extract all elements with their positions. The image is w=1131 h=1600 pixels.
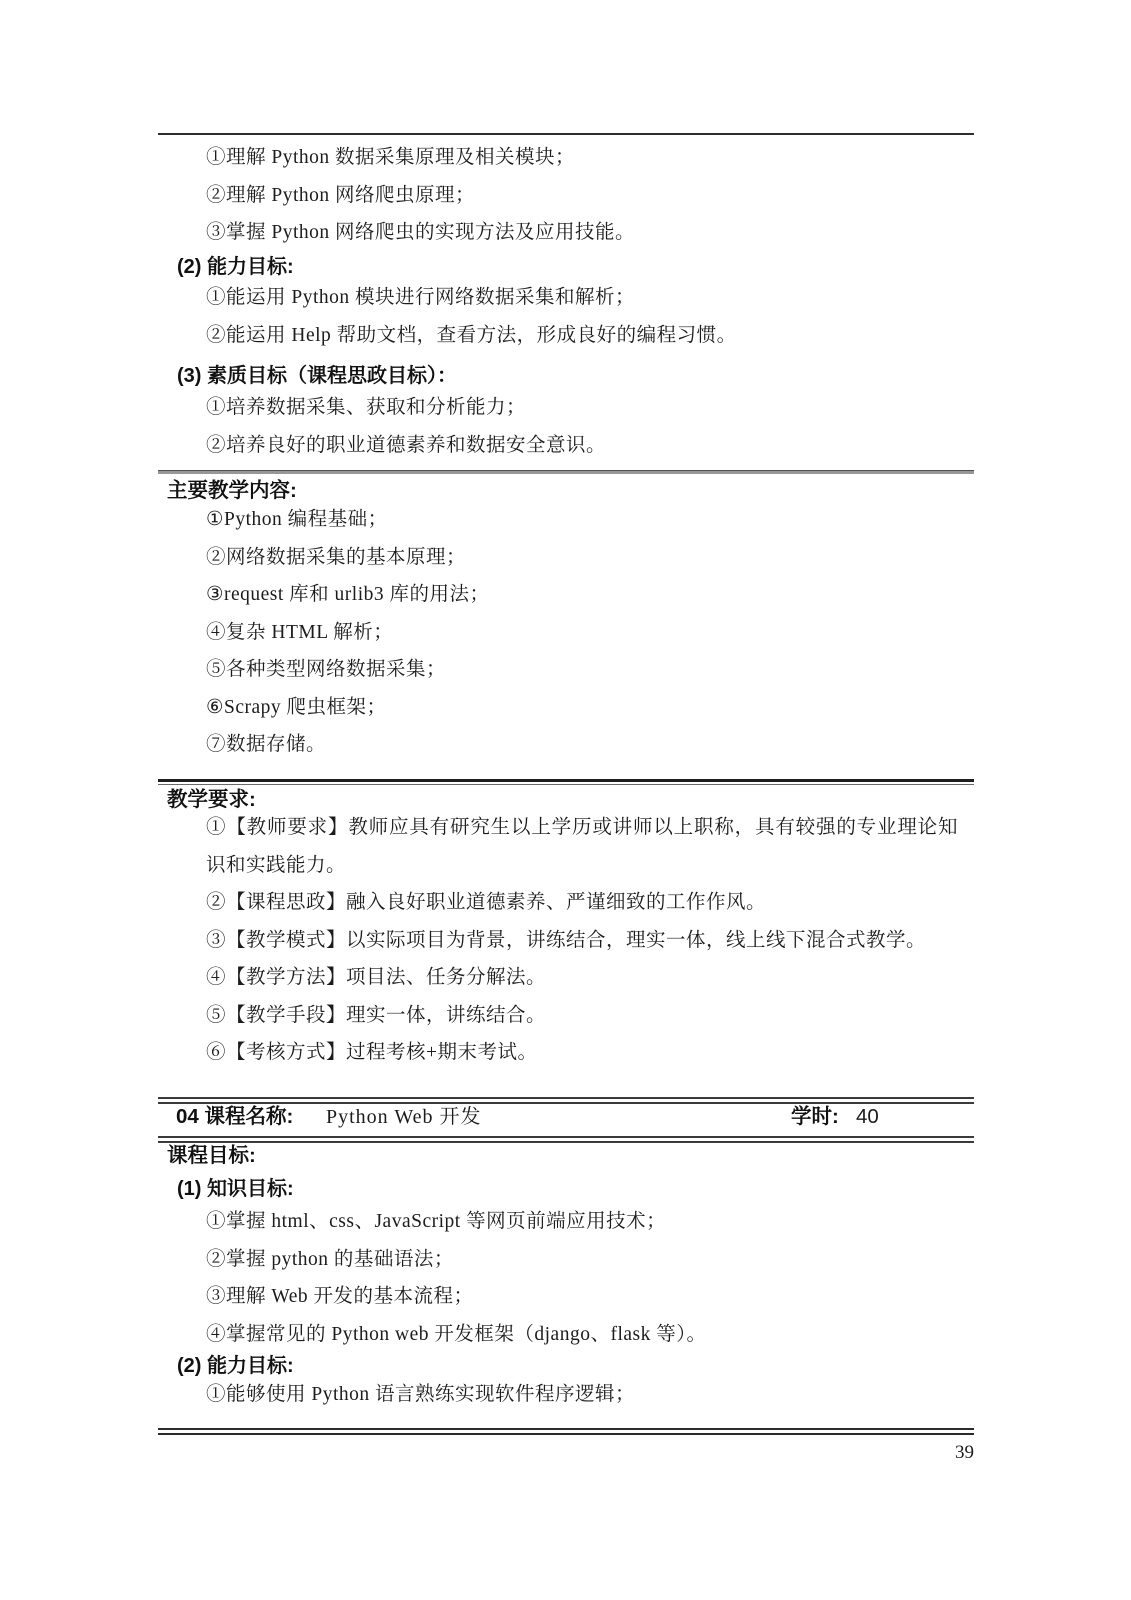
course-hours-value: 40 (856, 1100, 879, 1134)
list-item: ⑥Scrapy 爬虫框架； (206, 689, 958, 727)
document-page: ①理解 Python 数据采集原理及相关模块； ②理解 Python 网络爬虫原… (0, 0, 1131, 1600)
page-bottom-divider (158, 1428, 974, 1435)
quality-items: ①培养数据采集、获取和分析能力； ②培养良好的职业道德素养和数据安全意识。 (158, 389, 958, 464)
course-name: Python Web 开发 (326, 1100, 481, 1134)
list-item: ②能运用 Help 帮助文档，查看方法，形成良好的编程习惯。 (206, 317, 958, 355)
list-item: ③理解 Web 开发的基本流程； (206, 1278, 958, 1316)
course-hours-label: 学时: (791, 1100, 839, 1134)
section-divider (158, 470, 974, 474)
list-item: ②掌握 python 的基础语法； (206, 1241, 958, 1279)
list-item: ④掌握常见的 Python web 开发框架（django、flask 等）。 (206, 1316, 958, 1354)
list-item: ④复杂 HTML 解析； (206, 614, 958, 652)
quality-objectives-heading: (3) 素质目标（课程思政目标）： (158, 363, 993, 389)
list-item: ①【教师要求】教师应具有研究生以上学历或讲师以上职称，具有较强的专业理论知识和实… (206, 809, 958, 884)
ability-items: ①能运用 Python 模块进行网络数据采集和解析； ②能运用 Help 帮助文… (158, 279, 958, 354)
list-item: ④【教学方法】项目法、任务分解法。 (206, 959, 958, 997)
teaching-requirements-items: ①【教师要求】教师应具有研究生以上学历或讲师以上职称，具有较强的专业理论知识和实… (158, 809, 958, 1072)
list-item: ①培养数据采集、获取和分析能力； (206, 389, 958, 427)
knowledge-objectives-items: ①掌握 html、css、JavaScript 等网页前端应用技术； ②掌握 p… (158, 1203, 958, 1353)
page-content: ①理解 Python 数据采集原理及相关模块； ②理解 Python 网络爬虫原… (158, 0, 974, 1600)
list-item: ①Python 编程基础； (206, 501, 958, 539)
list-item: ⑦数据存储。 (206, 726, 958, 764)
course-number-label: 04 课程名称: (176, 1100, 293, 1134)
list-item: ①能运用 Python 模块进行网络数据采集和解析； (206, 279, 958, 317)
course-row-divider-bottom (158, 1136, 974, 1143)
section-divider (158, 779, 974, 785)
teaching-content-items: ①Python 编程基础； ②网络数据采集的基本原理； ③request 库和 … (158, 501, 958, 764)
knowledge-objectives-heading: (1) 知识目标: (158, 1176, 993, 1202)
list-item: ②网络数据采集的基本原理； (206, 539, 958, 577)
list-item: ③request 库和 urlib3 库的用法； (206, 576, 958, 614)
list-item: ②【课程思政】融入良好职业道德素养、严谨细致的工作作风。 (206, 884, 958, 922)
row-divider-top (158, 133, 974, 135)
knowledge-items-continued: ①理解 Python 数据采集原理及相关模块； ②理解 Python 网络爬虫原… (158, 139, 958, 252)
list-item: ①理解 Python 数据采集原理及相关模块； (206, 139, 958, 177)
page-number: 39 (158, 1442, 974, 1464)
list-item: ③掌握 Python 网络爬虫的实现方法及应用技能。 (206, 214, 958, 252)
ability-objectives-heading: (2) 能力目标: (158, 254, 993, 280)
ability-objectives-items-2: ①能够使用 Python 语言熟练实现软件程序逻辑； (158, 1376, 958, 1414)
list-item: ⑤【教学手段】理实一体，讲练结合。 (206, 997, 958, 1035)
list-item: ⑥【考核方式】过程考核+期末考试。 (206, 1034, 958, 1072)
list-item: ①掌握 html、css、JavaScript 等网页前端应用技术； (206, 1203, 958, 1241)
list-item: ③【教学模式】以实际项目为背景，讲练结合，理实一体，线上线下混合式教学。 (206, 922, 958, 960)
course-objectives-heading: 课程目标: (158, 1143, 983, 1169)
list-item: ①能够使用 Python 语言熟练实现软件程序逻辑； (206, 1376, 958, 1414)
list-item: ②培养良好的职业道德素养和数据安全意识。 (206, 427, 958, 465)
list-item: ②理解 Python 网络爬虫原理； (206, 177, 958, 215)
course-header-row: 04 课程名称: Python Web 开发 学时: 40 (158, 1100, 974, 1136)
list-item: ⑤各种类型网络数据采集； (206, 651, 958, 689)
